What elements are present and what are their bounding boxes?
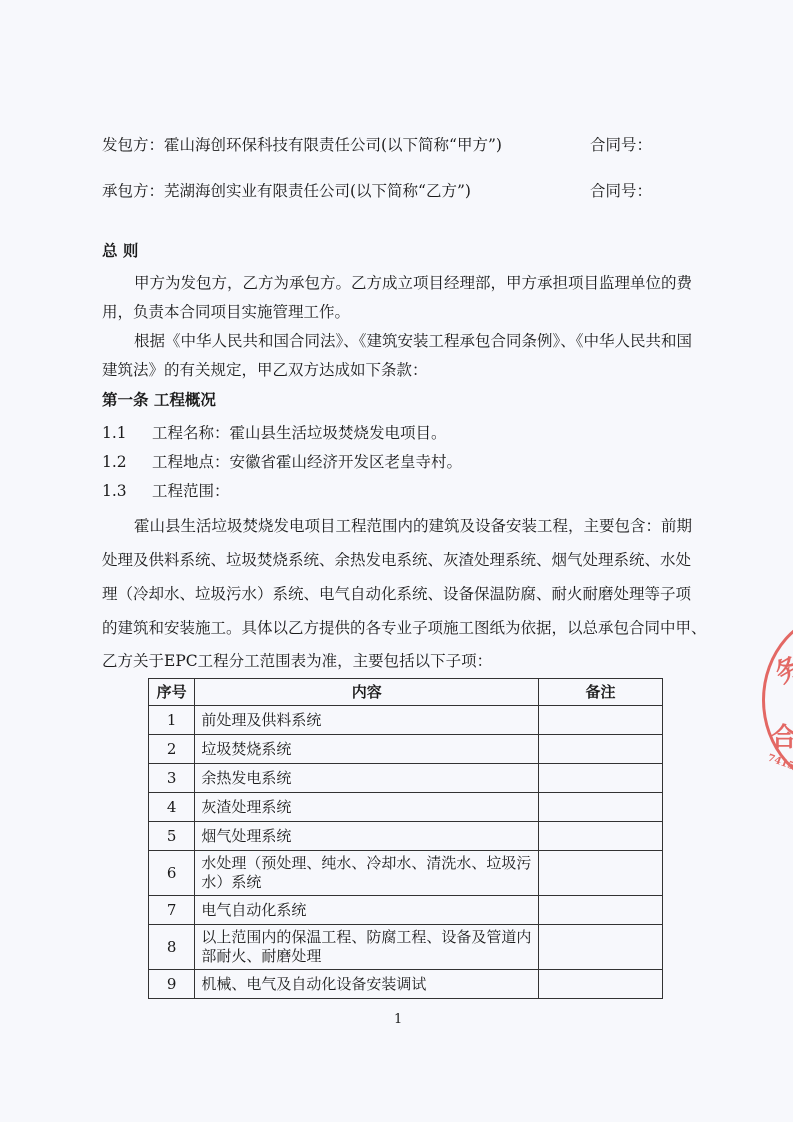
clause-text: 工程名称：霍山县生活垃圾焚烧发电项目。 bbox=[152, 424, 447, 442]
contractor-line: 承包方：芜湖海创实业有限责任公司(以下简称“乙方”) bbox=[102, 181, 471, 201]
general-para1-line1: 甲方为发包方，乙方为承包方。乙方成立项目经理部，甲方承担项目监理单位的费 bbox=[134, 273, 714, 293]
contract-no-1: 合同号： bbox=[590, 135, 652, 155]
row-content: 电气自动化系统 bbox=[195, 896, 539, 925]
header-no: 序号 bbox=[149, 679, 195, 706]
contract-no-2: 合同号： bbox=[590, 181, 652, 201]
general-para1-line2: 用，负责本合同项目实施管理工作。 bbox=[102, 302, 682, 322]
row-content: 余热发电系统 bbox=[195, 764, 539, 793]
article1-heading: 第一条 工程概况 bbox=[102, 390, 216, 410]
row-content: 垃圾焚烧系统 bbox=[195, 735, 539, 764]
row-content: 水处理（预处理、纯水、冷却水、清洗水、垃圾污水）系统 bbox=[195, 851, 539, 896]
header-note: 备注 bbox=[539, 679, 663, 706]
general-heading: 总 则 bbox=[102, 241, 138, 261]
table-row: 1 前处理及供料系统 bbox=[149, 706, 663, 735]
table-row: 3 余热发电系统 bbox=[149, 764, 663, 793]
clause-number: 1.3 bbox=[102, 481, 152, 501]
table-row: 8 以上范围内的保温工程、防腐工程、设备及管道内部耐火、耐磨处理 bbox=[149, 925, 663, 970]
row-number: 9 bbox=[149, 970, 195, 999]
row-content: 烟气处理系统 bbox=[195, 822, 539, 851]
company-seal-stamp: 务限 合同 7415 bbox=[762, 612, 793, 788]
scope-table: 序号 内容 备注 1 前处理及供料系统 2 垃圾焚烧系统 3 余热发电系统 4 … bbox=[148, 678, 663, 999]
scope-line-2: 处理及供料系统、垃圾焚烧系统、余热发电系统、灰渣处理系统、烟气处理系统、水处 bbox=[102, 550, 682, 570]
clause-1-3: 1.3工程范围： bbox=[102, 481, 230, 501]
table-row: 5 烟气处理系统 bbox=[149, 822, 663, 851]
row-number: 7 bbox=[149, 896, 195, 925]
row-number: 8 bbox=[149, 925, 195, 970]
employer-line: 发包方：霍山海创环保科技有限责任公司(以下简称“甲方”) bbox=[102, 135, 502, 155]
stamp-code: 7415 bbox=[766, 753, 793, 773]
row-content: 前处理及供料系统 bbox=[195, 706, 539, 735]
contractor-label: 承包方：芜湖海创实业有限责任公司(以下简称“乙方”) bbox=[102, 182, 471, 200]
clause-number: 1.1 bbox=[102, 423, 152, 443]
clause-number: 1.2 bbox=[102, 452, 152, 472]
row-note bbox=[539, 793, 663, 822]
header-content: 内容 bbox=[195, 679, 539, 706]
table-row: 6 水处理（预处理、纯水、冷却水、清洗水、垃圾污水）系统 bbox=[149, 851, 663, 896]
table-row: 2 垃圾焚烧系统 bbox=[149, 735, 663, 764]
table-row: 7 电气自动化系统 bbox=[149, 896, 663, 925]
general-para2-line2: 建筑法》的有关规定，甲乙双方达成如下条款： bbox=[102, 360, 682, 380]
stamp-text-top: 务限 bbox=[767, 632, 793, 690]
row-note bbox=[539, 896, 663, 925]
document-page: 发包方：霍山海创环保科技有限责任公司(以下简称“甲方”) 合同号： 承包方：芜湖… bbox=[0, 0, 793, 1122]
row-note bbox=[539, 735, 663, 764]
row-note bbox=[539, 706, 663, 735]
employer-label: 发包方：霍山海创环保科技有限责任公司(以下简称“甲方”) bbox=[102, 136, 502, 154]
row-note bbox=[539, 970, 663, 999]
row-number: 1 bbox=[149, 706, 195, 735]
row-content: 灰渣处理系统 bbox=[195, 793, 539, 822]
clause-text: 工程地点：安徽省霍山经济开发区老皇寺村。 bbox=[152, 453, 462, 471]
clause-text: 工程范围： bbox=[152, 482, 230, 500]
row-note bbox=[539, 925, 663, 970]
row-note bbox=[539, 764, 663, 793]
scope-line-1: 霍山县生活垃圾焚烧发电项目工程范围内的建筑及设备安装工程，主要包含：前期 bbox=[134, 516, 714, 536]
page-number: 1 bbox=[394, 1012, 402, 1027]
row-number: 5 bbox=[149, 822, 195, 851]
table-row: 9 机械、电气及自动化设备安装调试 bbox=[149, 970, 663, 999]
table-header-row: 序号 内容 备注 bbox=[149, 679, 663, 706]
table-row: 4 灰渣处理系统 bbox=[149, 793, 663, 822]
row-note bbox=[539, 851, 663, 896]
general-para2-line1: 根据《中华人民共和国合同法》、《建筑安装工程承包合同条例》、《中华人民共和国 bbox=[134, 331, 714, 351]
row-number: 2 bbox=[149, 735, 195, 764]
row-content: 以上范围内的保温工程、防腐工程、设备及管道内部耐火、耐磨处理 bbox=[195, 925, 539, 970]
row-number: 6 bbox=[149, 851, 195, 896]
stamp-text-mid: 合同 bbox=[771, 717, 793, 754]
scope-line-3: 理（冷却水、垃圾污水）系统、电气自动化系统、设备保温防腐、耐火耐磨处理等子项 bbox=[102, 584, 682, 604]
clause-1-2: 1.2工程地点：安徽省霍山经济开发区老皇寺村。 bbox=[102, 452, 462, 472]
scope-line-5: 乙方关于EPC工程分工范围表为准，主要包括以下子项： bbox=[102, 651, 682, 671]
scope-line-4: 的建筑和安装施工。具体以乙方提供的各专业子项施工图纸为依据，以总承包合同中甲、 bbox=[102, 618, 682, 638]
row-number: 4 bbox=[149, 793, 195, 822]
row-number: 3 bbox=[149, 764, 195, 793]
row-content: 机械、电气及自动化设备安装调试 bbox=[195, 970, 539, 999]
clause-1-1: 1.1工程名称：霍山县生活垃圾焚烧发电项目。 bbox=[102, 423, 447, 443]
row-note bbox=[539, 822, 663, 851]
